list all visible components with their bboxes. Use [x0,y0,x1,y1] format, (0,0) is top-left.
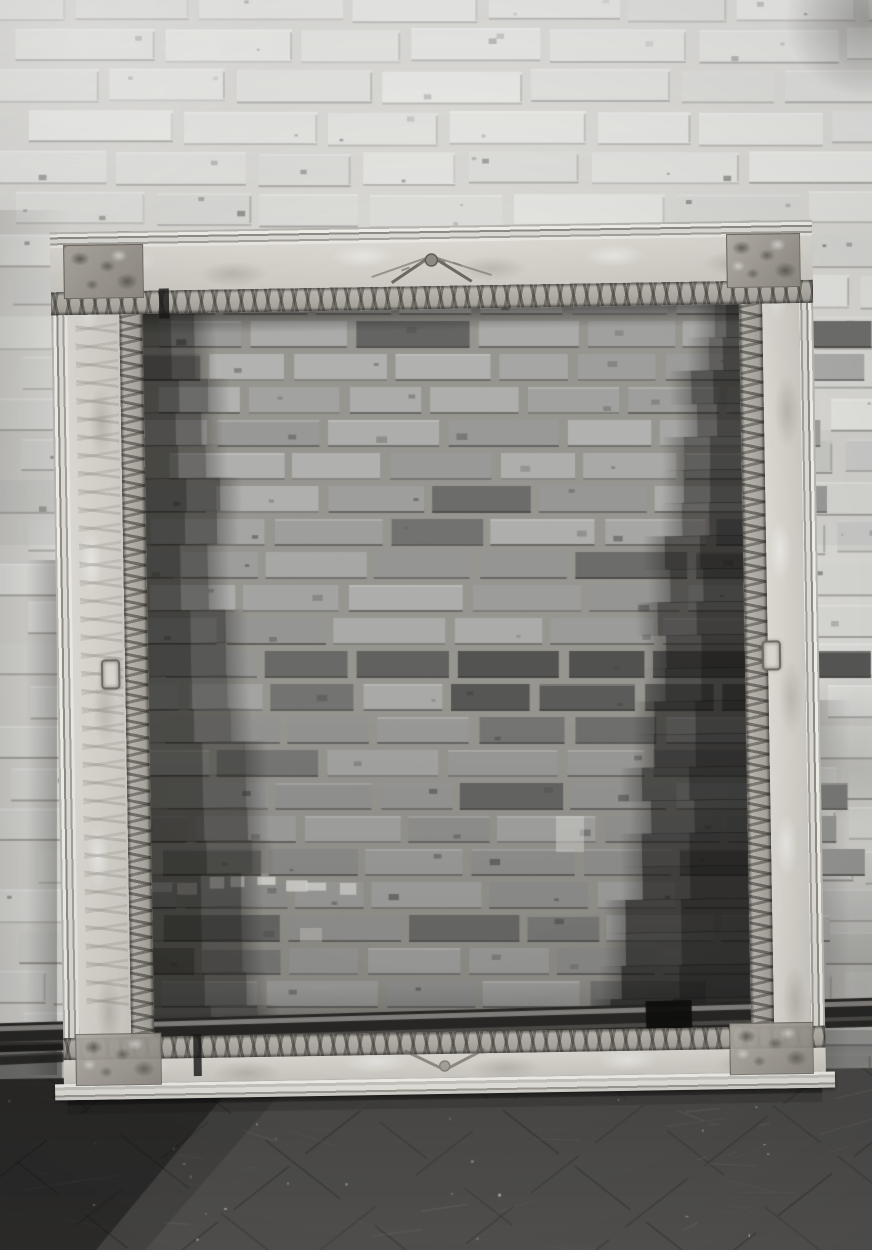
corner-ornament-bottom-left [75,1033,162,1086]
laurel-damage-chip [193,1034,202,1076]
ribbon-crest-ornament [361,247,502,291]
frame-right-rail [738,220,826,1089]
corner-ornament-bottom-right [729,1022,814,1075]
photo-scene [0,0,872,1250]
corner-ornament-top-left [63,244,144,299]
side-boss-ornament-left [101,659,120,689]
laurel-damage-chip [159,288,169,318]
ribbon-ornament-bottom [379,1045,509,1077]
picture-frame [50,220,826,1101]
side-boss-ornament-right [762,640,781,670]
corner-ornament-top-right [726,233,801,288]
